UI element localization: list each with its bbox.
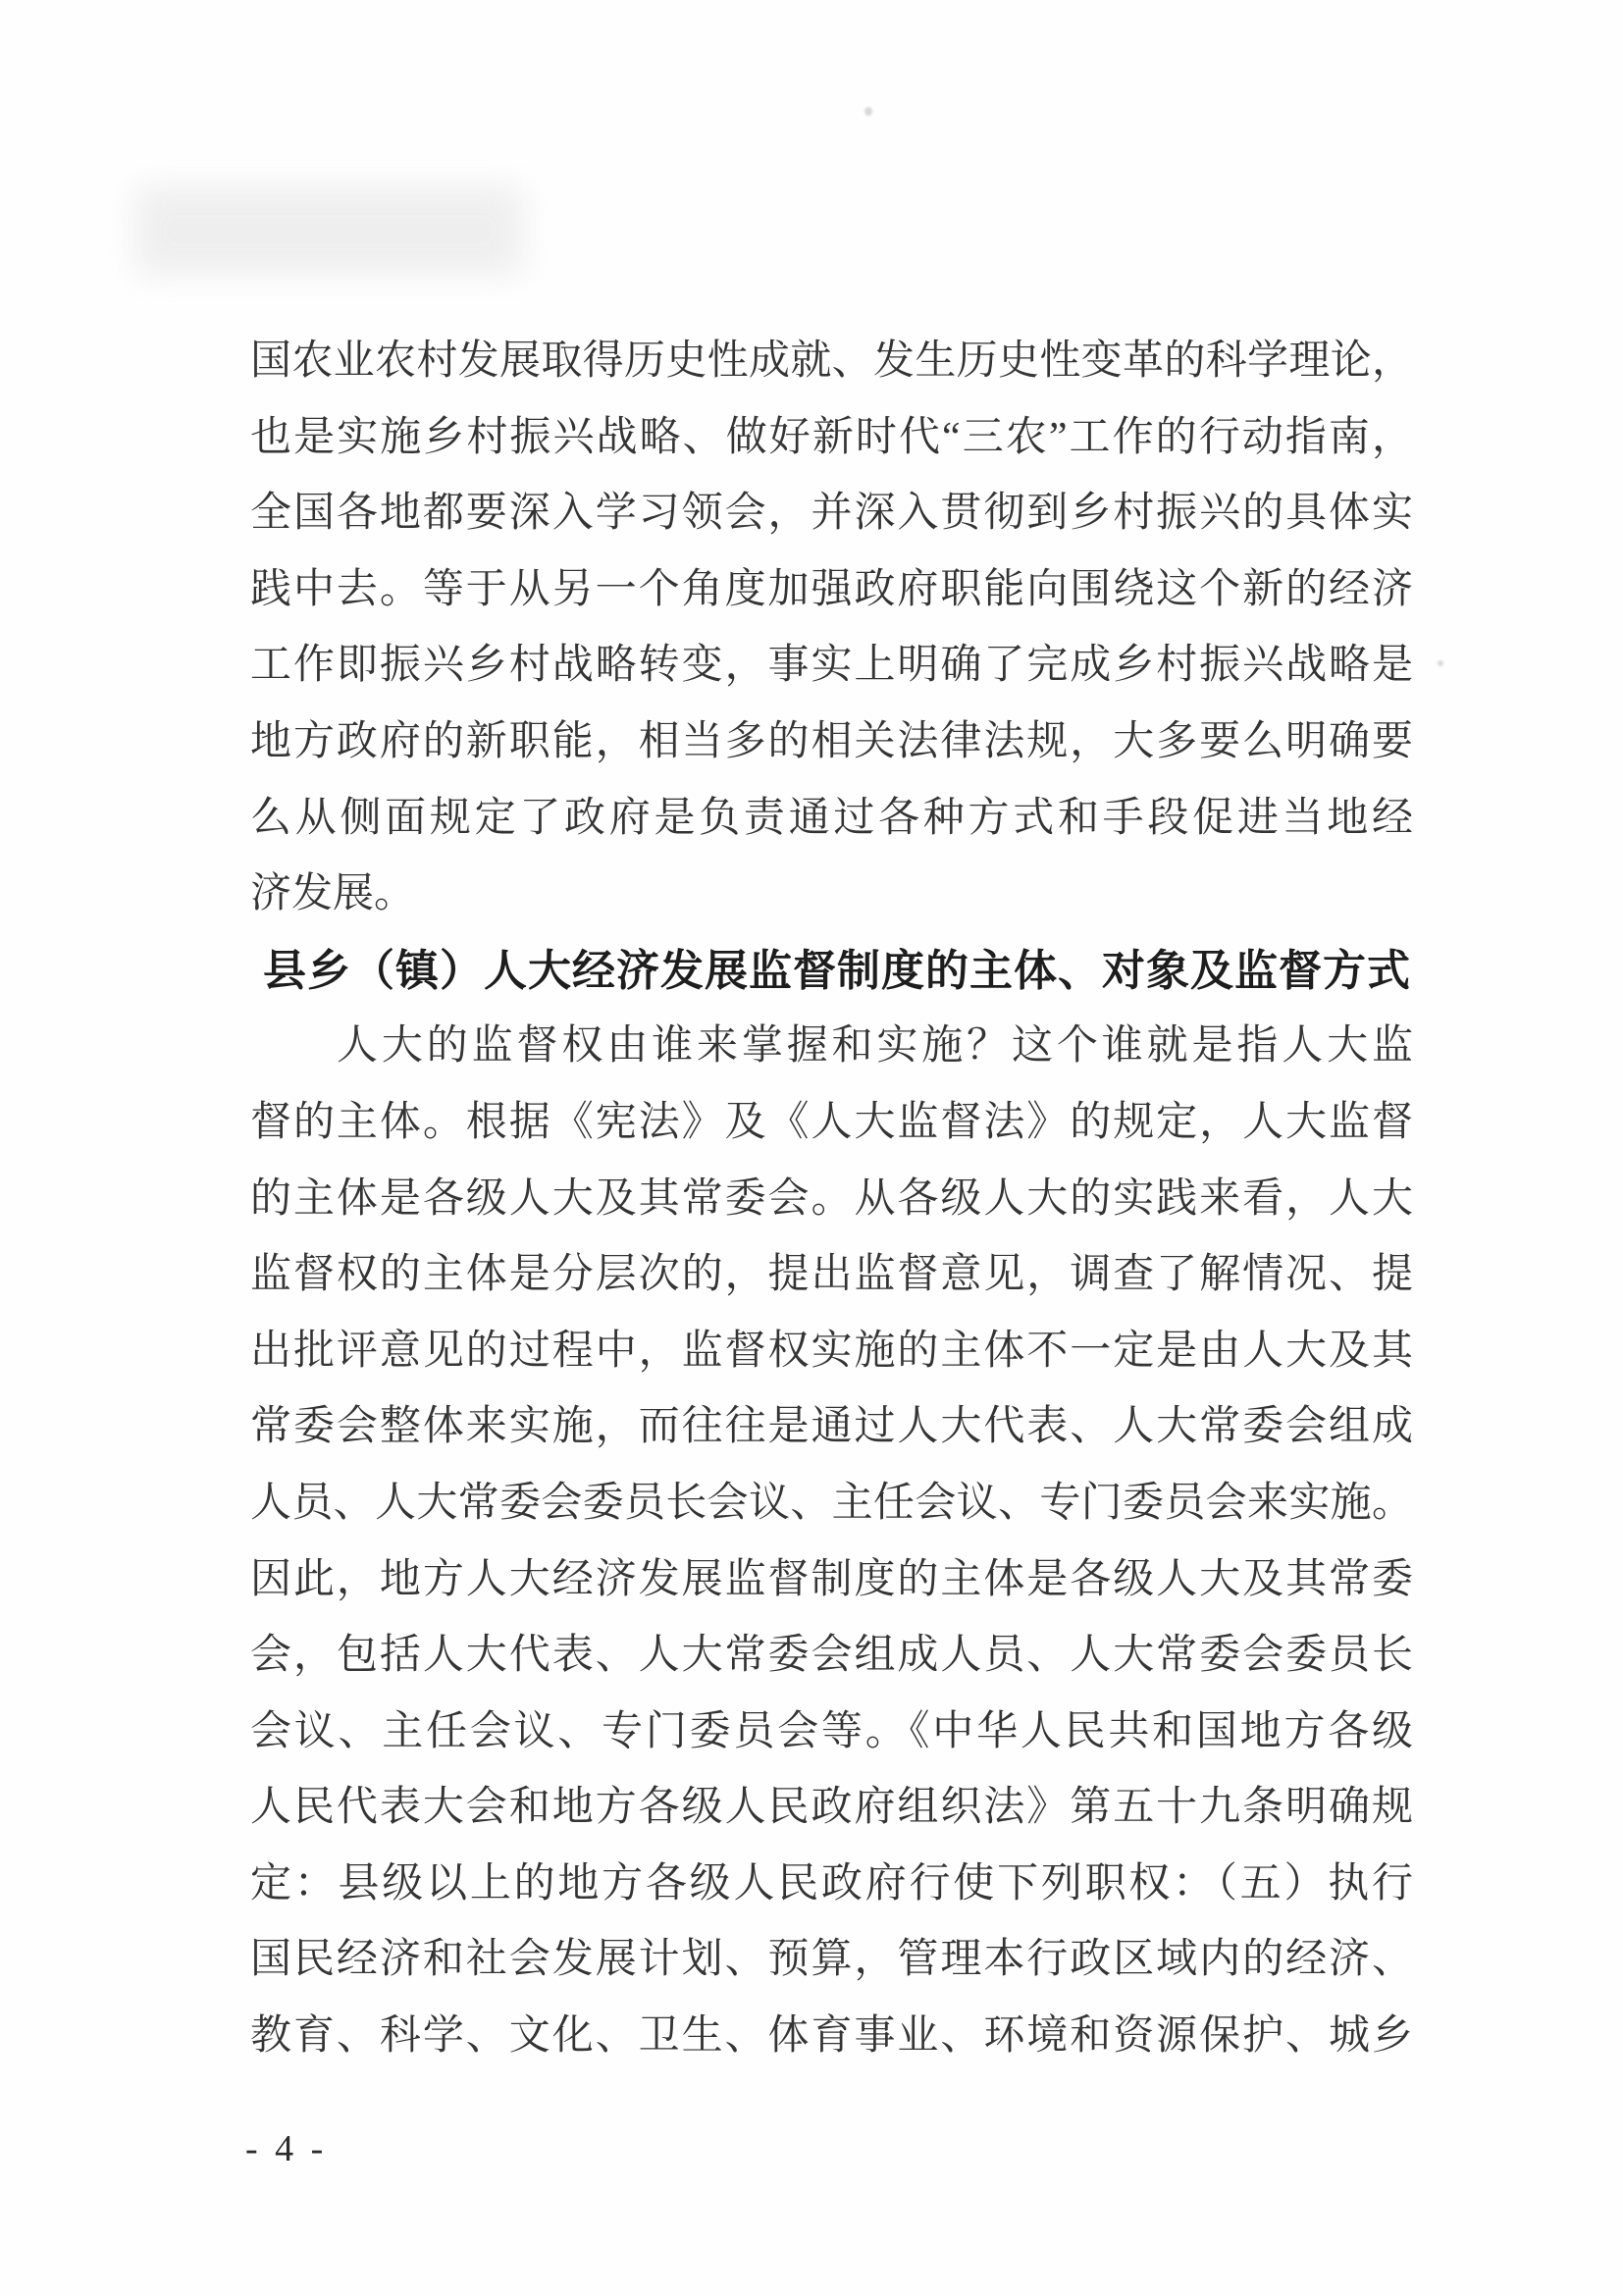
text-line: 因此，地方人大经济发展监督制度的主体是各级人大及其常委: [250, 1542, 1413, 1619]
text-line: 会议、主任会议、专门委员会等。《中华人民共和国地方各级: [250, 1695, 1413, 1771]
text-line: 国农业农村发展取得历史性成就、发生历史性变革的科学理论，: [250, 324, 1413, 400]
text-line: 监督权的主体是分层次的，提出监督意见，调查了解情况、提: [250, 1237, 1413, 1314]
text-line: 的主体是各级人大及其常委会。从各级人大的实践来看，人大: [250, 1162, 1413, 1238]
text-line: 人大的监督权由谁来掌握和实施？这个谁就是指人大监: [250, 1009, 1413, 1085]
text-line: 定：县级以上的地方各级人民政府行使下列职权：（五）执行: [250, 1847, 1413, 1923]
text-line: 人民代表大会和地方各级人民政府组织法》第五十九条明确规: [250, 1770, 1413, 1847]
page-number: - 4 -: [245, 2127, 327, 2170]
text-line: 常委会整体来实施，而往往是通过人大代表、人大常委会组成: [250, 1389, 1413, 1466]
text-line: 督的主体。根据《宪法》及《人大监督法》的规定，人大监督: [250, 1085, 1413, 1162]
text-line: 践中去。等于从另一个角度加强政府职能向围绕这个新的经济: [250, 552, 1413, 629]
scan-speck: [1438, 660, 1443, 666]
scan-shading-artifact: [135, 186, 523, 275]
text-line: 出批评意见的过程中，监督权实施的主体不一定是由人大及其: [250, 1314, 1413, 1390]
text-line: 教育、科学、文化、卫生、体育事业、环境和资源保护、城乡: [250, 1999, 1413, 2075]
text-line: 么从侧面规定了政府是负责通过各种方式和手段促进当地经: [250, 781, 1413, 858]
text-line: 工作即振兴乡村战略转变，事实上明确了完成乡村振兴战略是: [250, 628, 1413, 704]
text-line: 全国各地都要深入学习领会，并深入贯彻到乡村振兴的具体实: [250, 476, 1413, 552]
text-line: 也是实施乡村振兴战略、做好新时代“三农”工作的行动指南，: [250, 400, 1413, 477]
text-line: 会，包括人大代表、人大常委会组成人员、人大常委会委员长: [250, 1618, 1413, 1695]
scan-speck: [864, 107, 872, 116]
section-heading: 县乡（镇）人大经济发展监督制度的主体、对象及监督方式: [250, 933, 1413, 1010]
text-line: 地方政府的新职能，相当多的相关法律法规，大多要么明确要: [250, 704, 1413, 781]
text-line: 人员、人大常委会委员长会议、主任会议、专门委员会来实施。: [250, 1466, 1413, 1542]
text-line: 济发展。: [250, 857, 1413, 933]
text-block: 国农业农村发展取得历史性成就、发生历史性变革的科学理论， 也是实施乡村振兴战略、…: [250, 324, 1413, 2075]
text-line: 国民经济和社会发展计划、预算，管理本行政区域内的经济、: [250, 1922, 1413, 1999]
document-page: 国农业农村发展取得历史性成就、发生历史性变革的科学理论， 也是实施乡村振兴战略、…: [0, 0, 1623, 2296]
